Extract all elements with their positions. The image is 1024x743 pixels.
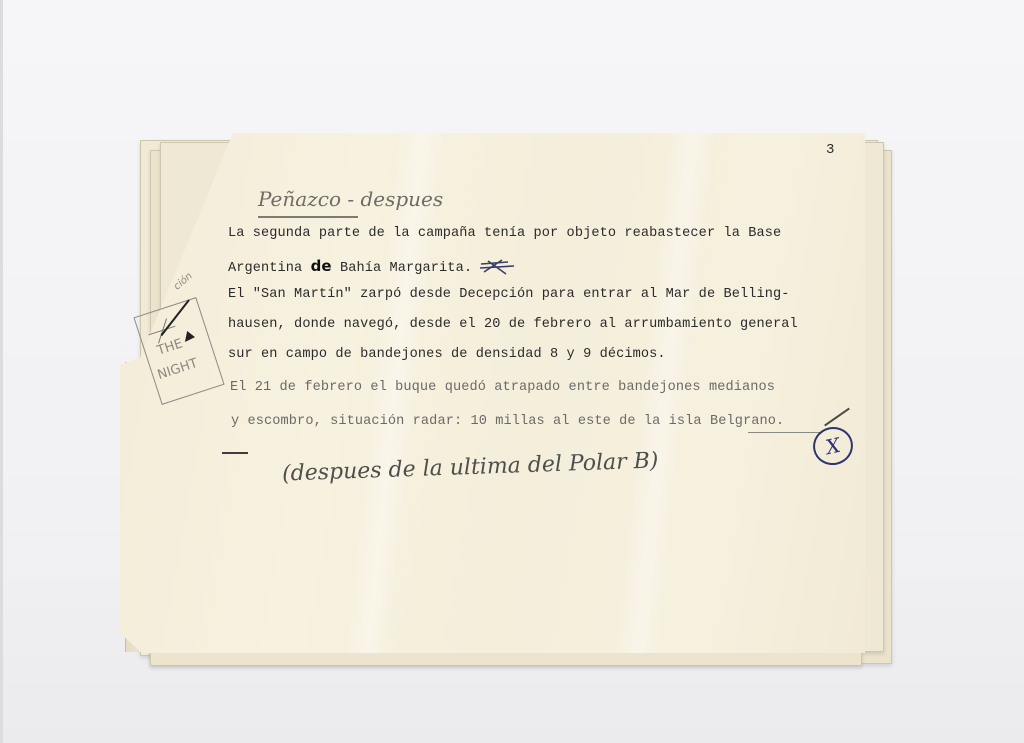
crossed-out-mark-icon [478,258,518,276]
ink-insertion: de [311,257,332,275]
heading-underline [258,216,358,218]
typed-line: El "San Martín" zarpó desde Decepción pa… [228,287,790,302]
scan-edge [0,0,3,743]
ink-dash [222,452,248,454]
typed-line: Argentina de Bahía Margarita. [228,257,472,276]
page-number: 3 [826,142,834,158]
pencil-underline [748,432,820,433]
typed-text: Argentina [228,261,311,276]
typed-text: Bahía Margarita. [332,261,472,276]
typed-line: hausen, donde navegó, desde el 20 de feb… [228,317,798,332]
typed-line: sur en campo de bandejones de densidad 8… [228,347,666,362]
typed-line: La segunda parte de la campaña tenía por… [228,226,781,241]
typed-line: y escombro, situación radar: 10 millas a… [231,414,784,429]
handwritten-heading: Peñazco - despues [258,187,443,211]
typed-line: El 21 de febrero el buque quedó atrapado… [230,380,775,395]
